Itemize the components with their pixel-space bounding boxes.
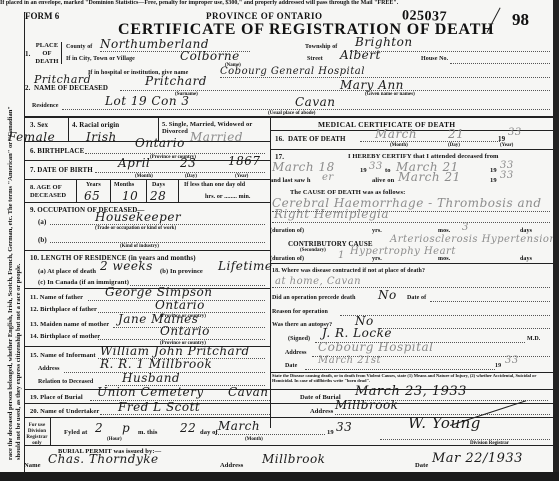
father-label: 11. Name of father xyxy=(30,294,83,301)
from-year-prefix: 19 xyxy=(360,167,367,174)
q18-answer: at home, Cavan xyxy=(275,276,361,287)
divider xyxy=(24,250,270,251)
med-date-year-prefix: 19 xyxy=(495,363,501,369)
md-label: M.D. xyxy=(527,336,540,342)
place-num: 1. xyxy=(25,50,30,58)
year-prefix: 19 xyxy=(327,429,334,436)
to-label: to xyxy=(385,167,391,174)
divider xyxy=(24,179,270,180)
reason-label: Reason for operation xyxy=(272,309,328,315)
in-province-label: (b) In province xyxy=(160,268,203,275)
dod-num: 16. xyxy=(275,135,284,143)
yrs-label: yrs. xyxy=(372,228,382,234)
father-bp-label: 12. Birthplace of father xyxy=(30,306,97,313)
dod-month-caption: (Month) xyxy=(390,143,408,148)
fyled-label: Fyled at xyxy=(64,429,87,436)
month-caption: (Month) xyxy=(245,437,263,442)
last-saw-pronoun: er xyxy=(322,172,334,183)
divider xyxy=(270,263,553,264)
occ-a-caption: (Trade or occupation or kind of work) xyxy=(95,226,176,231)
occ-a-line xyxy=(50,224,265,225)
dob-day: 23 xyxy=(180,156,196,170)
fyled-ampm: p xyxy=(122,421,130,435)
dod-line xyxy=(360,141,500,142)
residence-label: Residence xyxy=(32,103,59,109)
in-province-value: Lifetime xyxy=(218,259,273,273)
undertaker-address-label: Address xyxy=(310,408,333,415)
last-saw-label: and last saw h xyxy=(270,177,311,184)
contrib-days-label: days xyxy=(520,256,532,262)
undertaker-name: Fred L Scott xyxy=(118,400,200,414)
registrar-signature: W. Young xyxy=(408,414,481,432)
fyled-year: 33 xyxy=(336,420,352,434)
mother-label: 13. Maiden name of mother xyxy=(30,321,109,328)
brace xyxy=(61,42,62,64)
secondary-caption: (Secondary) xyxy=(300,248,326,253)
autopsy-line xyxy=(380,328,550,329)
operation-label: Did an operation precede death xyxy=(272,295,356,301)
residence-place: Cavan xyxy=(295,95,336,109)
birthplace-label: 6. BIRTHPLACE xyxy=(30,147,84,155)
street-label: Street xyxy=(307,56,323,62)
at-place-label: (a) At place of death xyxy=(38,268,96,275)
dod-day-caption: (Day) xyxy=(448,143,460,148)
age-years: 65 xyxy=(84,189,100,203)
province-heading: PROVINCE OF ONTARIO xyxy=(206,11,323,21)
township-label: Township of xyxy=(305,44,337,50)
med-address: Cobourg Hospital xyxy=(318,340,433,354)
surname-value: Pritchard xyxy=(145,74,207,88)
permit-address-label: Address xyxy=(220,462,243,469)
age-label: 8. AGE OF DECEASED xyxy=(30,184,75,200)
relation-value: Husband xyxy=(122,371,180,385)
father-value: George Simpson xyxy=(105,285,212,299)
permit-name: Chas. Thorndyke xyxy=(48,452,159,466)
sep xyxy=(68,117,69,141)
m-this: m. this xyxy=(138,429,157,436)
age-months: 10 xyxy=(122,189,138,203)
place-of-death-label: PLACE OF DEATH xyxy=(34,42,60,66)
q18-label: 18. Where was disease contracted if not … xyxy=(272,268,425,274)
undertaker-label: 20. Name of Undertaker xyxy=(30,408,99,415)
burial-place-label: 19. Place of Burial xyxy=(30,394,83,401)
alive-year: 33 xyxy=(500,170,514,181)
given-caption: (Given name or names) xyxy=(365,92,415,97)
mail-banner: If placed in an envelope, marked "Domini… xyxy=(0,0,398,6)
years-label: Years xyxy=(86,182,101,188)
less-than-day: If less than one day old xyxy=(184,182,245,188)
birthplace-value: Ontario xyxy=(135,136,185,150)
name-label: NAME OF DECEASED xyxy=(34,84,108,92)
page-number: 98 xyxy=(512,10,529,30)
op-date-line xyxy=(430,301,550,302)
relation-label: Relation to Deceased xyxy=(38,379,93,385)
divider xyxy=(24,403,553,404)
cause-line2: Right Hemiplegia xyxy=(274,207,389,221)
house-line xyxy=(450,63,550,64)
occ-b-label: (b) xyxy=(38,236,47,244)
undertaker-address: Millbrook xyxy=(335,398,398,412)
name-line xyxy=(120,90,550,91)
certify-label: I HEREBY CERTIFY that I attended decease… xyxy=(348,153,499,160)
undertaker-line xyxy=(100,414,270,415)
township-value: Brighton xyxy=(355,35,413,49)
date-of-label: Date of xyxy=(407,295,426,301)
hospital-value: Cobourg General Hospital xyxy=(220,66,365,77)
scan-edge-bottom xyxy=(0,472,559,481)
dod-day: 21 xyxy=(448,127,464,141)
divider xyxy=(24,202,270,203)
occ-b-caption: (Kind of industry) xyxy=(120,244,159,249)
days-label: Days xyxy=(152,182,165,188)
to-year-prefix: 19 xyxy=(490,167,497,174)
county-label: County of xyxy=(66,44,92,50)
informant-label: 15. Name of Informant xyxy=(30,352,96,359)
q18-line xyxy=(272,287,550,288)
divider xyxy=(24,116,553,118)
med-date-year: 33 xyxy=(505,355,519,366)
sep xyxy=(146,180,147,202)
registrar-side-label: For use Division Registrar only xyxy=(24,423,50,447)
duration-value: 3 xyxy=(462,222,469,233)
death-certificate: race the deceased person belonged, wheth… xyxy=(0,0,553,472)
divider xyxy=(270,149,553,150)
med-date-line xyxy=(305,369,495,370)
dob-year: 1867 xyxy=(228,154,261,168)
burial-date: March 23, 1933 xyxy=(355,384,467,399)
burial-place: Union Cemetery xyxy=(97,385,204,399)
permit-date: Mar 22/1933 xyxy=(432,451,523,466)
divider xyxy=(24,445,553,446)
alive-on: March 21 xyxy=(398,170,461,184)
at-place-value: 2 weeks xyxy=(100,259,153,273)
sep xyxy=(178,180,179,202)
signed-value: J. R. Locke xyxy=(322,326,392,340)
sex-label: 3. Sex xyxy=(30,121,48,129)
informant-address-label: Address xyxy=(38,366,60,372)
dod-month: March xyxy=(375,127,417,141)
med-date-label: Date xyxy=(285,363,297,369)
dod-label: DATE OF DEATH xyxy=(288,135,346,143)
med-date: March 21st xyxy=(318,355,381,366)
dob-label: 7. DATE OF BIRTH xyxy=(30,166,93,174)
street-value: Albert xyxy=(340,48,381,62)
mother-bp-label: 14. Birthplace of mother xyxy=(30,333,100,340)
hour-caption: (Hour) xyxy=(107,437,122,442)
signed-label: (Signed) xyxy=(288,336,310,342)
alive-year-prefix: 19 xyxy=(490,177,497,184)
mother-bp-value: Ontario xyxy=(160,324,210,338)
med-address-label: Address xyxy=(285,350,307,356)
permit-address: Millbrook xyxy=(262,452,325,466)
form-number: FORM 6 xyxy=(25,11,59,21)
sep xyxy=(50,417,51,445)
name-num: 2. xyxy=(25,84,30,92)
dob-line xyxy=(95,172,265,173)
dod-year: 33 xyxy=(508,127,522,138)
permit-date-label: Date xyxy=(415,462,428,469)
fyled-month-line xyxy=(215,434,325,435)
fyled-day: 22 xyxy=(180,421,196,435)
months-label: Months xyxy=(114,182,134,188)
duration-label: (duration of) xyxy=(270,228,304,234)
sep xyxy=(110,180,111,202)
sep xyxy=(76,180,77,202)
city-label: If in City, Town or Village xyxy=(66,56,135,62)
dob-month: April xyxy=(118,156,150,170)
city-value: Colborne xyxy=(180,49,240,63)
occupation-value: Housekeeper xyxy=(95,210,181,224)
house-label: House No. xyxy=(421,56,448,62)
age-days: 28 xyxy=(150,189,166,203)
occ-a-label: (a) xyxy=(38,218,46,226)
from-year: 33 xyxy=(369,161,383,172)
cause-instruction: State the Disease causing death, or in d… xyxy=(272,373,552,383)
cause-line-2 xyxy=(272,222,550,223)
contrib-duration-label: (duration of) xyxy=(270,256,304,262)
sidebar-note: race the deceased person belonged, wheth… xyxy=(2,0,24,472)
contributory-line1: Arteriosclerosis Hypertension xyxy=(390,234,553,245)
cause-label: The CAUSE OF DEATH was as follows: xyxy=(290,189,405,196)
fyled-hour: 2 xyxy=(95,421,103,435)
contrib-yrs-label: yrs. xyxy=(372,256,382,262)
informant-value: William John Pritchard xyxy=(100,344,250,358)
father-bp-value: Ontario xyxy=(155,298,205,312)
contrib-years: 1 xyxy=(338,250,345,261)
burial-place-town: Cavan xyxy=(228,385,269,399)
registration-number: 025037 xyxy=(402,8,448,26)
operation-value: No xyxy=(378,288,397,302)
scan-edge-right xyxy=(553,0,559,481)
permit-name-label: Name xyxy=(24,462,41,469)
residence-value: Lot 19 Con 3 xyxy=(105,94,190,108)
residence-line xyxy=(62,109,550,110)
mother-bp-line xyxy=(98,339,265,340)
hrs-min: hrs. or ........ min. xyxy=(205,194,251,200)
fyled-month: March xyxy=(218,419,260,433)
sidebar-note-line2: should not be used, as they express citi… xyxy=(15,264,22,460)
alive-on-label: alive on xyxy=(372,177,394,184)
contrib-mos-label: mos. xyxy=(438,256,450,262)
sidebar-note-line1: race the deceased person belonged, wheth… xyxy=(7,106,14,460)
occ-b-line xyxy=(50,242,265,243)
informant-address: R. R. 1 Millbrook xyxy=(100,357,212,371)
racial-label: 4. Racial origin xyxy=(72,121,119,129)
dod-year-caption: (Year) xyxy=(500,143,513,148)
registrar-line xyxy=(380,439,550,440)
